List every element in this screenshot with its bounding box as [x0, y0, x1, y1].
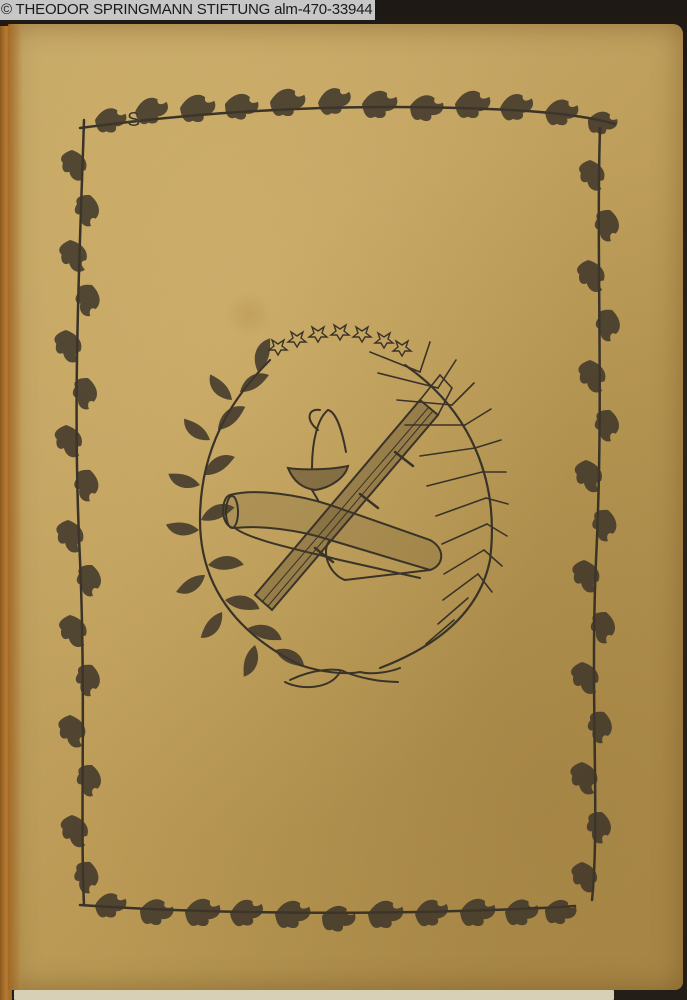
fasces	[255, 375, 452, 610]
star-icon	[353, 327, 371, 342]
star-icon	[393, 341, 411, 356]
star-icon	[331, 325, 349, 340]
engraving-artwork	[0, 0, 687, 1000]
copyright-watermark: © THEODOR SPRINGMANN STIFTUNG alm-470-33…	[0, 0, 375, 20]
corner-mark-s: S	[127, 110, 140, 130]
central-emblem	[164, 325, 508, 687]
oil-lamp	[288, 410, 348, 500]
border-bottom	[80, 893, 577, 934]
border-left	[53, 120, 104, 905]
star-icon	[269, 340, 287, 355]
ribbon-bow	[285, 665, 400, 687]
palm-branch-right	[370, 342, 508, 668]
border-top	[80, 86, 619, 137]
star-icon	[309, 327, 327, 342]
star-icon	[288, 332, 306, 347]
stars-arc	[269, 325, 411, 356]
star-icon	[375, 333, 393, 348]
border-right	[569, 128, 623, 900]
